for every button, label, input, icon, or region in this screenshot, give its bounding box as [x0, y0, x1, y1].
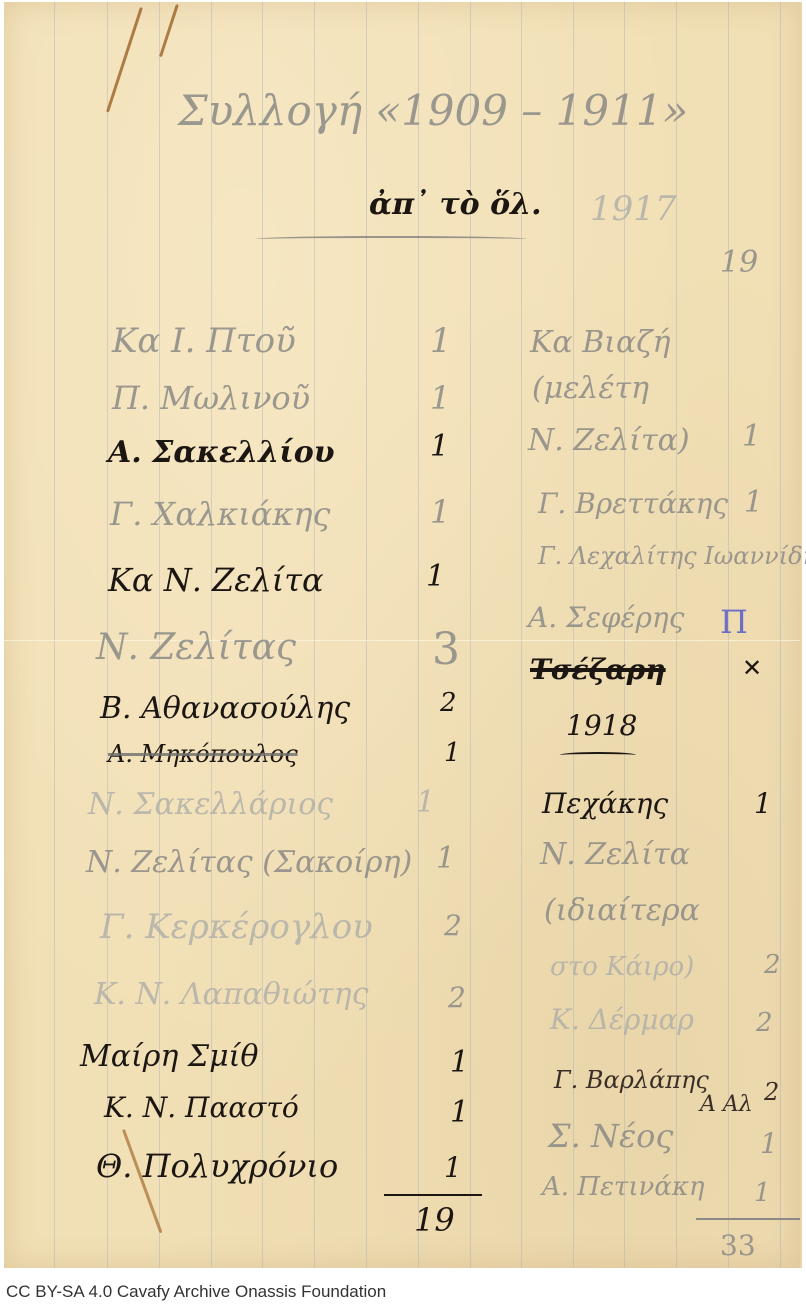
list-item-name: Κα Βιαζή: [530, 328, 671, 358]
list-item-name: Κ. Ν. Λαπαθιώτης: [94, 980, 368, 1010]
list-item-name: Π. Μωλινοῦ: [112, 382, 310, 414]
ruled-line: [54, 2, 55, 1268]
list-item-count: 1: [416, 788, 435, 818]
list-item-count: 1: [444, 740, 461, 766]
list-item-count: 3: [432, 628, 460, 672]
list-item-count: 1: [754, 790, 772, 818]
list-item-name: Α. Σακελλίου: [108, 438, 335, 468]
list-item-count: 1: [450, 1048, 469, 1078]
list-item-count: 1: [426, 562, 445, 592]
header-year: 1917: [590, 192, 677, 226]
license-caption: CC BY-SA 4.0 Cavafy Archive Onassis Foun…: [6, 1282, 386, 1302]
ruled-line: [314, 2, 315, 1268]
list-item-count: 1: [430, 432, 449, 462]
list-item-name: Θ. Πολυχρόνιο: [96, 1150, 338, 1182]
list-item-count: 2: [756, 1010, 773, 1036]
rust-stain: [159, 4, 179, 57]
list-item-count: 2: [764, 952, 781, 978]
ruled-line: [366, 2, 367, 1268]
ruled-line: [780, 2, 781, 1268]
list-item-name: Β. Αθανασούλης: [100, 694, 350, 724]
header-subtitle: ἀπ᾽ τὸ ὅλ.: [369, 190, 542, 220]
manuscript-page: Συλλογή «1909 – 1911» ἀπ᾽ τὸ ὅλ. 1917 19…: [4, 2, 802, 1268]
list-item-count: 1: [760, 1130, 778, 1158]
list-item-name: (μελέτη: [532, 374, 649, 404]
list-item-count: 1: [744, 488, 763, 518]
list-item-name: Γ. Λεχαλίτης Ιωαννίδης: [538, 544, 806, 568]
list-item-count: 1: [436, 844, 455, 874]
list-item-count: 1: [450, 1098, 469, 1128]
list-item-name: Ν. Ζελίτα: [540, 840, 690, 870]
list-item-count: 1: [430, 496, 450, 528]
list-item-name: Πεχάκης: [542, 790, 668, 818]
list-item-name: Κα Ι. Πτοῦ: [112, 324, 296, 358]
year-1918: 1918: [566, 712, 637, 740]
list-item-note: Α Αλ: [700, 1094, 753, 1116]
list-item-count: 2: [444, 912, 462, 940]
list-item-name-struck: Τσέζαρη: [530, 656, 666, 684]
list-item-name: Μαίρη Σμίθ: [80, 1042, 258, 1072]
list-item-name: Ν. Ζελίτα): [528, 426, 690, 456]
list-item-name: Γ. Χαλκιάκης: [110, 498, 330, 530]
list-item-name: στο Κάιρο): [550, 954, 694, 980]
list-item-count: 2: [448, 984, 466, 1012]
cross-mark-icon: ✕: [742, 656, 762, 680]
right-total: 33: [720, 1232, 756, 1260]
list-item-name: Γ. Βρεττάκης: [538, 490, 728, 518]
list-item-name: Κ. Δέρμαρ: [550, 1006, 694, 1034]
page-count: 19: [720, 248, 758, 278]
list-item-count: 2: [764, 1080, 779, 1104]
list-item-count: 2: [440, 690, 457, 716]
list-item-name: Α. Σεφέρης: [528, 604, 684, 632]
blue-annotation: Π: [720, 606, 748, 638]
list-item-name: Γ. Κερκέρογλου: [100, 910, 373, 944]
list-item-count: 1: [754, 1180, 771, 1206]
header-underline: [256, 236, 526, 242]
list-item-name-struck: Α. Μηκόπουλος: [108, 742, 418, 766]
header-title: Συλλογή «1909 – 1911»: [178, 90, 688, 132]
list-item-name: Ν. Ζελίτας (Σακοίρη): [86, 848, 412, 878]
list-item-name: (ιδιαίτερα: [544, 896, 700, 926]
list-item-name: Ν. Ζελίτας: [96, 630, 296, 666]
rust-stain: [106, 7, 143, 113]
sum-line: [696, 1218, 800, 1220]
list-item-count: 1: [742, 422, 761, 452]
list-item-name: Γ. Βαρλάπης: [554, 1068, 709, 1092]
list-item-name: Κα Ν. Ζελίτα: [108, 564, 324, 596]
list-item-name: Σ. Νέος: [548, 1120, 673, 1152]
list-item-name: Ν. Σακελλάριος: [88, 790, 333, 820]
left-total: 19: [414, 1204, 455, 1236]
list-item-name: Α. Πετινάκη: [542, 1174, 705, 1200]
sum-line: [384, 1194, 482, 1196]
list-item-count: 1: [430, 382, 450, 414]
list-item-name: Κ. Ν. Πααστό: [104, 1094, 299, 1122]
year-underline: [560, 752, 636, 758]
list-item-count: 1: [444, 1154, 462, 1182]
list-item-count: 1: [430, 324, 452, 358]
